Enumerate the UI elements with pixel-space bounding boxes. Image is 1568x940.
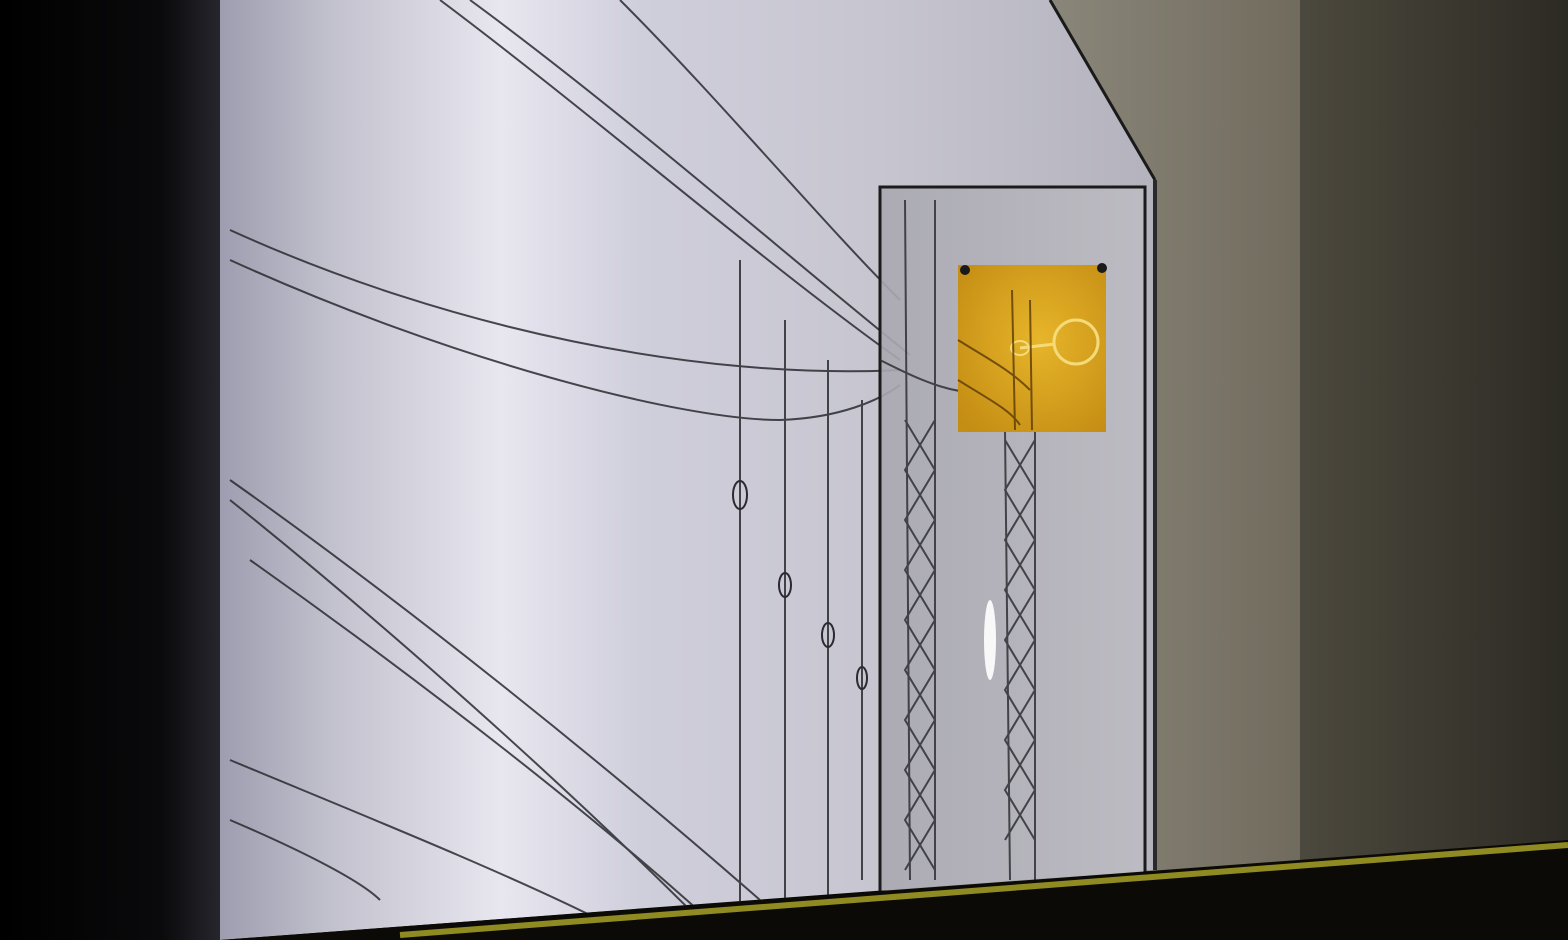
installation-photo	[0, 0, 1568, 940]
right-wall-shadow	[1300, 0, 1568, 940]
pin-icon	[960, 265, 970, 275]
light-flare	[984, 600, 996, 680]
pin-icon	[1097, 263, 1107, 273]
dark-left-edge	[0, 0, 230, 940]
photo-canvas	[0, 0, 1568, 940]
